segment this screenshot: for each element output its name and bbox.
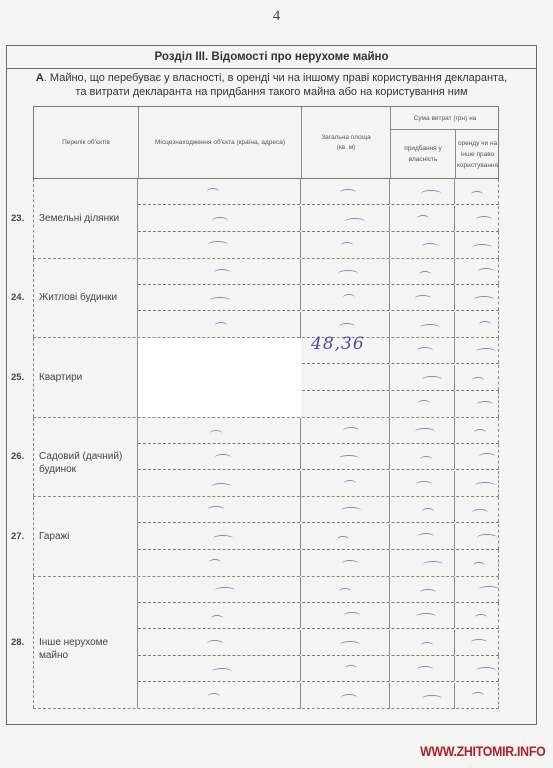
handwritten-dash [475,614,487,621]
purchase-cell [390,312,455,338]
handwritten-dash [474,429,486,436]
handwritten-dash [215,322,227,329]
page-number: 4 [0,8,553,25]
header-objects: Перелік об'єктів [34,107,139,178]
area-cell [301,285,390,310]
area-cell [301,497,390,522]
location-cell [138,285,301,310]
handwritten-dash [214,269,230,276]
header-location: Місцезнаходження об'єкта (країна, адреса… [139,107,302,178]
handwritten-dash [472,692,484,699]
rent-cell [455,285,499,310]
location-cell [138,656,301,681]
purchase-cell [390,338,455,363]
purchase-cell [390,232,455,258]
area-cell [301,656,390,681]
category-number: 24. [11,292,24,303]
area-cell [301,550,390,576]
handwritten-dash [472,509,488,516]
purchase-cell [390,471,455,497]
handwritten-dash [477,401,493,408]
site-watermark: WWW.ZHITOMIR.INFO [420,743,545,759]
location-cell [138,444,301,469]
handwritten-dash [207,640,223,647]
table-row [138,444,499,470]
handwritten-dash [479,453,495,460]
area-cell [301,444,390,469]
handwritten-dash [472,377,484,384]
category-label: Садовий (дачний) будинок [39,450,134,476]
handwritten-dash [345,218,365,225]
table-header: Перелік об'єктів Місцезнаходження об'єкт… [33,106,499,179]
section-title: Розділ III. Відомості про нерухоме майно [7,46,536,69]
location-cell [138,497,301,522]
area-cell [301,524,390,549]
table-row [138,232,499,258]
subtitle-line-1: . Майно, що перебуває у власності, в оре… [44,72,507,84]
handwritten-dash [337,536,349,543]
location-cell [138,577,301,602]
handwritten-dash [212,217,228,224]
purchase-cell [390,259,455,284]
category-label: Земельні ділянки [39,212,134,225]
purchase-cell [390,656,455,681]
table-row [138,524,499,550]
handwritten-dash [211,483,231,490]
section-subtitle: А. Майно, що перебуває у власності, в ор… [7,71,536,99]
handwritten-dash [476,667,496,674]
handwritten-dash [207,188,219,195]
handwritten-dash [471,639,487,646]
category-23: 23.Земельні ділянки [33,179,499,259]
handwritten-dash [422,508,434,515]
table-row [138,285,499,311]
header-rent: оренду чи на інше право користування [456,129,499,179]
location-cell [138,259,301,284]
header-purchase: придбання у власність [391,129,456,179]
category-25: 25.Квартири48,36 [33,338,499,418]
handwritten-dash [476,348,496,355]
table-row [138,418,499,444]
purchase-cell [390,179,455,204]
handwritten-dash [208,506,224,513]
table-row [138,497,499,523]
category-number: 26. [11,451,24,462]
purchase-cell [390,444,455,469]
category-number: 27. [11,531,24,542]
handwritten-dash [422,243,438,250]
handwritten-dash [417,215,429,222]
area-cell [301,179,390,204]
handwritten-dash [476,216,492,223]
area-cell [301,206,390,231]
rent-cell [455,683,499,709]
table-row [138,179,499,205]
purchase-cell [390,550,455,576]
handwritten-dash [471,191,483,198]
purchase-cell [390,418,455,443]
location-cell [138,206,301,231]
handwritten-dash [341,242,353,249]
handwritten-dash [415,295,431,302]
handwritten-dash [479,321,491,328]
purchase-cell [390,630,455,655]
handwritten-dash [208,241,228,248]
location-cell [138,232,301,258]
table-row [138,259,499,285]
handwritten-dash [477,534,497,541]
header-area: Загальна площа (кв. м) [302,107,391,178]
rent-cell [455,232,499,258]
area-cell [301,683,390,709]
handwritten-dash [209,559,221,566]
location-cell [138,179,301,204]
handwritten-dash [422,695,442,702]
rent-cell [455,418,499,443]
location-cell [138,683,301,709]
handwritten-dash [420,589,436,596]
purchase-cell [390,683,455,709]
rent-cell [455,603,499,628]
handwritten-dash [416,481,432,488]
location-cell [138,550,301,576]
rent-cell [455,259,499,284]
category-28: 28.Інше нерухоме майно [33,577,499,710]
handwritten-dash [415,428,435,435]
location-cell [138,471,301,497]
purchase-cell [390,524,455,549]
handwritten-dash [345,665,357,672]
rent-cell [455,338,499,363]
handwritten-dash [211,615,223,622]
area-cell [301,630,390,655]
handwritten-dash [422,376,442,383]
category-label: Житлові будинки [39,291,134,304]
area-cell [301,259,390,284]
location-cell [138,312,301,338]
handwritten-dash [416,613,436,620]
rent-cell [455,391,499,417]
rent-cell [455,206,499,231]
handwritten-dash [208,693,220,700]
handwritten-dash [478,268,494,275]
rent-cell [455,179,499,204]
handwritten-dash [344,612,360,619]
location-cell [138,524,301,549]
category-label: Інше нерухоме майно [39,636,134,662]
location-cell [138,418,301,443]
rent-cell [455,577,499,602]
area-cell: 48,36 [301,338,390,363]
rent-cell [455,444,499,469]
handwritten-dash [474,296,494,303]
subtitle-letter: А [36,72,44,84]
handwritten-dash [212,668,232,675]
table-row [138,656,499,682]
area-cell [301,232,390,258]
handwritten-dash [418,533,434,540]
header-sum: Сума витрат (грн) на [391,107,499,130]
location-cell [138,630,301,655]
handwritten-dash [343,294,355,301]
handwritten-dash [341,694,357,701]
handwritten-dash [420,456,432,463]
category-27: 27.Гаражі [33,497,499,577]
table-row [138,206,499,232]
handwritten-dash [475,482,495,489]
handwritten-dash [421,190,441,197]
handwritten-dash [213,535,233,542]
handwritten-value: 48,36 [311,334,365,354]
handwritten-dash [418,400,430,407]
location-cell [138,603,301,628]
handwritten-dash [210,297,230,304]
purchase-cell [390,603,455,628]
table-row [138,683,499,709]
handwritten-dash [343,427,359,434]
handwritten-dash [473,562,485,569]
category-number: 25. [11,372,24,383]
handwritten-dash [339,588,351,595]
handwritten-dash [339,323,355,330]
handwritten-dash [338,270,358,277]
handwritten-dash [341,507,361,514]
table-row [138,550,499,576]
handwritten-dash [479,586,499,593]
area-cell [301,365,390,390]
rent-cell [455,656,499,681]
purchase-cell [390,365,455,390]
category-label: Квартири [39,371,134,384]
rent-cell [455,550,499,576]
handwritten-dash [215,454,231,461]
purchase-cell [390,206,455,231]
purchase-cell [390,577,455,602]
table-row [138,577,499,603]
subtitle-line-2: та витрати декларанта на придбання таког… [7,85,536,99]
category-number: 23. [11,213,24,224]
handwritten-dash [419,271,431,278]
handwritten-dash [339,455,359,462]
area-cell [301,391,390,417]
purchase-cell [390,285,455,310]
handwritten-dash [344,480,356,487]
purchase-cell [390,391,455,417]
area-cell [301,577,390,602]
handwritten-dash [420,324,440,331]
area-cell [301,603,390,628]
area-cell [301,471,390,497]
handwritten-dash [210,430,222,437]
table-row [138,471,499,497]
rent-cell [455,471,499,497]
handwritten-dash [417,347,433,354]
handwritten-dash [421,642,433,649]
rent-cell [455,312,499,338]
category-24: 24.Житлові будинки [33,259,499,339]
handwritten-dash [342,560,358,567]
rent-cell [455,497,499,522]
redacted-address [138,338,301,417]
rent-cell [455,524,499,549]
handwritten-dash [417,666,433,673]
rent-cell [455,630,499,655]
purchase-cell [390,497,455,522]
handwritten-dash [340,189,356,196]
category-26: 26.Садовий (дачний) будинок [33,418,499,498]
handwritten-dash [340,641,360,648]
table-row [138,630,499,656]
handwritten-dash [472,244,492,251]
table-row [138,603,499,629]
rent-cell [455,365,499,390]
section-frame: Розділ III. Відомості про нерухоме майно… [6,45,537,725]
handwritten-dash [423,561,443,568]
category-label: Гаражі [39,530,134,543]
area-cell [301,418,390,443]
handwritten-dash [215,587,235,594]
category-number: 28. [11,637,24,648]
